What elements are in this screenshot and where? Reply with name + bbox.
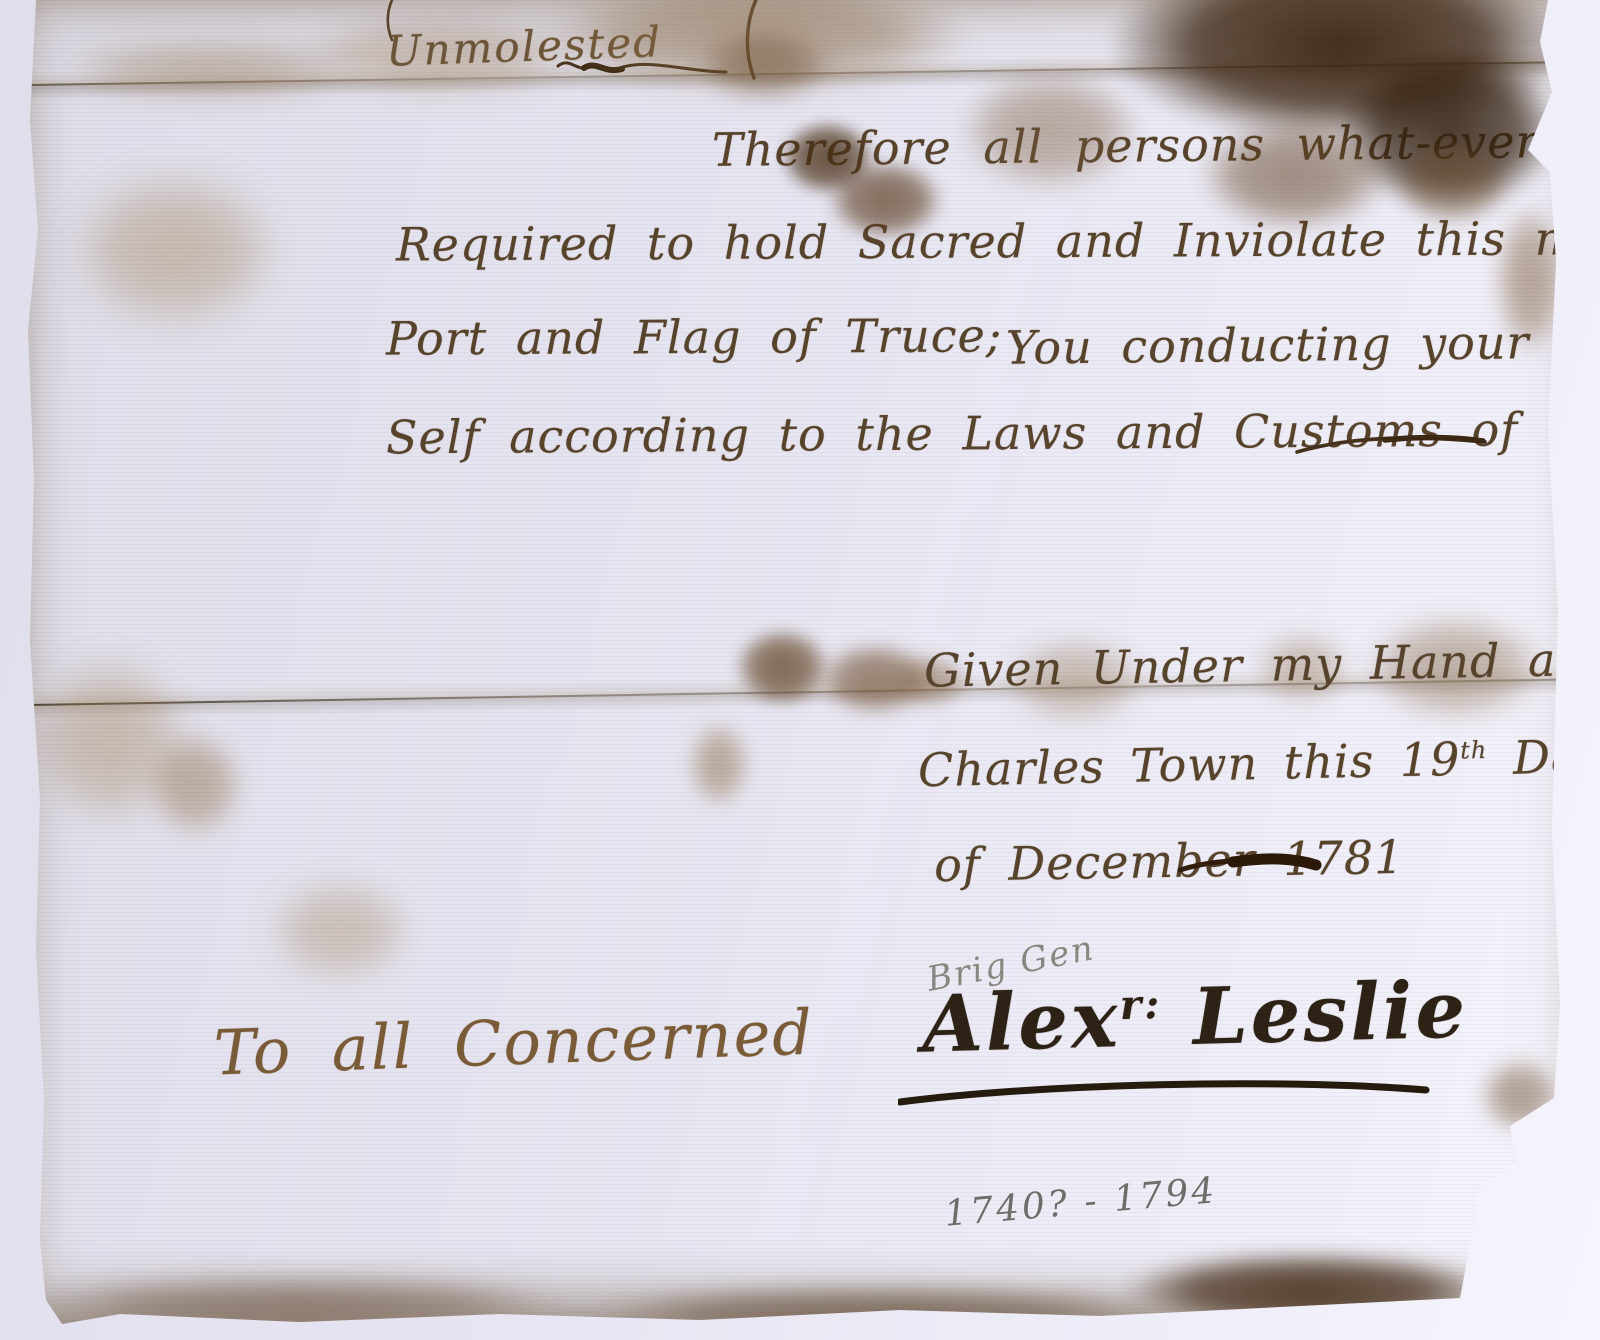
dateline-day-text: Day [1512, 729, 1600, 785]
paper-stain [268, 878, 413, 983]
dateline-december: of December 1781 [934, 830, 1405, 892]
unmolested-ink-flourish [556, 52, 731, 88]
manuscript-paper: Unmolested Therefore all persons what-ev… [0, 0, 1600, 1340]
signature-alexander-leslie: Alexr: Leslie [921, 964, 1469, 1070]
photo-backdrop: Unmolested Therefore all persons what-ev… [0, 0, 1600, 1340]
line-you-conducting: You conducting your [1006, 315, 1530, 374]
dateline-charlestown-text: Charles Town this 19 [918, 732, 1461, 797]
line-port-truce: Port and Flag of Truce; [386, 308, 1003, 365]
top-fold-crease [28, 61, 1550, 86]
pencil-dates-annotation: 1740? - 1794 [943, 1170, 1219, 1235]
paper-stain [818, 643, 933, 715]
paper-stain [688, 722, 750, 807]
paper-stain [60, 40, 360, 100]
paper-stain [735, 628, 830, 706]
paper-stain [1480, 1058, 1560, 1133]
signature-superscript: r: [1119, 980, 1163, 1029]
ordinal-superscript: th [1460, 736, 1488, 765]
dateline-given: Given Under my Hand at [924, 632, 1577, 697]
address-to-all-concerned: To all Concerned [213, 996, 815, 1090]
war-dash-flourish [1295, 432, 1490, 462]
dateline-charlestown: Charles Town this 19th Day [918, 729, 1600, 797]
paper-stain [148, 732, 243, 837]
signature-underline-flourish [898, 1076, 1430, 1110]
paper-stain [70, 170, 280, 330]
line-required: Required to hold Sacred and Inviolate th… [396, 210, 1600, 271]
paper-stain [30, 655, 190, 825]
paper-stain [1125, 1252, 1495, 1327]
line-therefore: Therefore all persons what-ever are [712, 113, 1600, 177]
paper-stain [40, 1275, 560, 1330]
paper-stain [600, 1285, 1160, 1335]
signature-surname: Leslie [1192, 964, 1470, 1063]
signature-text: Alex [921, 974, 1122, 1071]
cutoff-descender-stroke [742, 0, 764, 80]
date-dash-flourish [1178, 852, 1323, 884]
